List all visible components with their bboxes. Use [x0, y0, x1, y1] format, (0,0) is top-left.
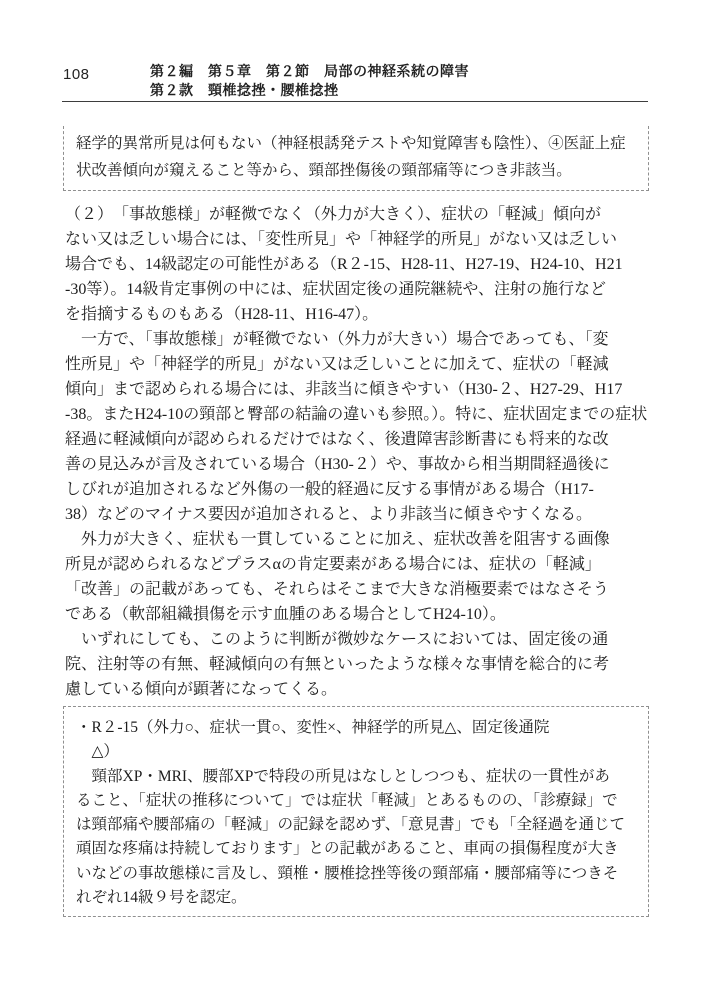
running-head: 第２編 第５章 第２節 局部の神経系統の障害 第２款 頸椎捻挫・腰椎捻挫 [150, 62, 469, 100]
case-summary: 頸部XP・MRI、腰部XPで特段の所見はなしとしつつも、症状の一貫性があ ること… [76, 765, 636, 911]
page-number: 108 [63, 66, 90, 83]
document-page: 108 第２編 第５章 第２節 局部の神経系統の障害 第２款 頸椎捻挫・腰椎捻挫… [0, 0, 705, 1000]
case-box-continued: 経学的異常所見は何もない（神経根誘発テストや知覚障害も陰性）、④医証上症 状改善… [63, 126, 649, 191]
case-title: ・R２-15（外力○、症状一貫○、変性×、神経学的所見△、固定後通院 △） [76, 716, 636, 765]
header-rule [62, 101, 648, 102]
case-box-continued-text: 経学的異常所見は何もない（神経根誘発テストや知覚障害も陰性）、④医証上症 状改善… [76, 130, 636, 184]
paragraph-conclusion: いずれにしても、このように判断が微妙なケースにおいては、固定後の通 院、注射等の… [65, 627, 651, 702]
main-text: （２） 「事故態様」が軽微でなく（外力が大きく）、症状の「軽減」傾向が ない又は… [65, 202, 651, 702]
paragraph-counterpoint: 一方で、「事故態様」が軽微でない（外力が大きい）場合であっても、「変 性所見」や… [65, 327, 651, 527]
case-box-r2-15: ・R２-15（外力○、症状一貫○、変性×、神経学的所見△、固定後通院 △） 頸部… [63, 706, 649, 917]
paragraph-2-intro: （２） 「事故態様」が軽微でなく（外力が大きく）、症状の「軽減」傾向が ない又は… [65, 202, 651, 327]
paragraph-plus-alpha: 外力が大きく、症状も一貫していることに加え、症状改善を阻害する画像 所見が認めら… [65, 527, 651, 627]
